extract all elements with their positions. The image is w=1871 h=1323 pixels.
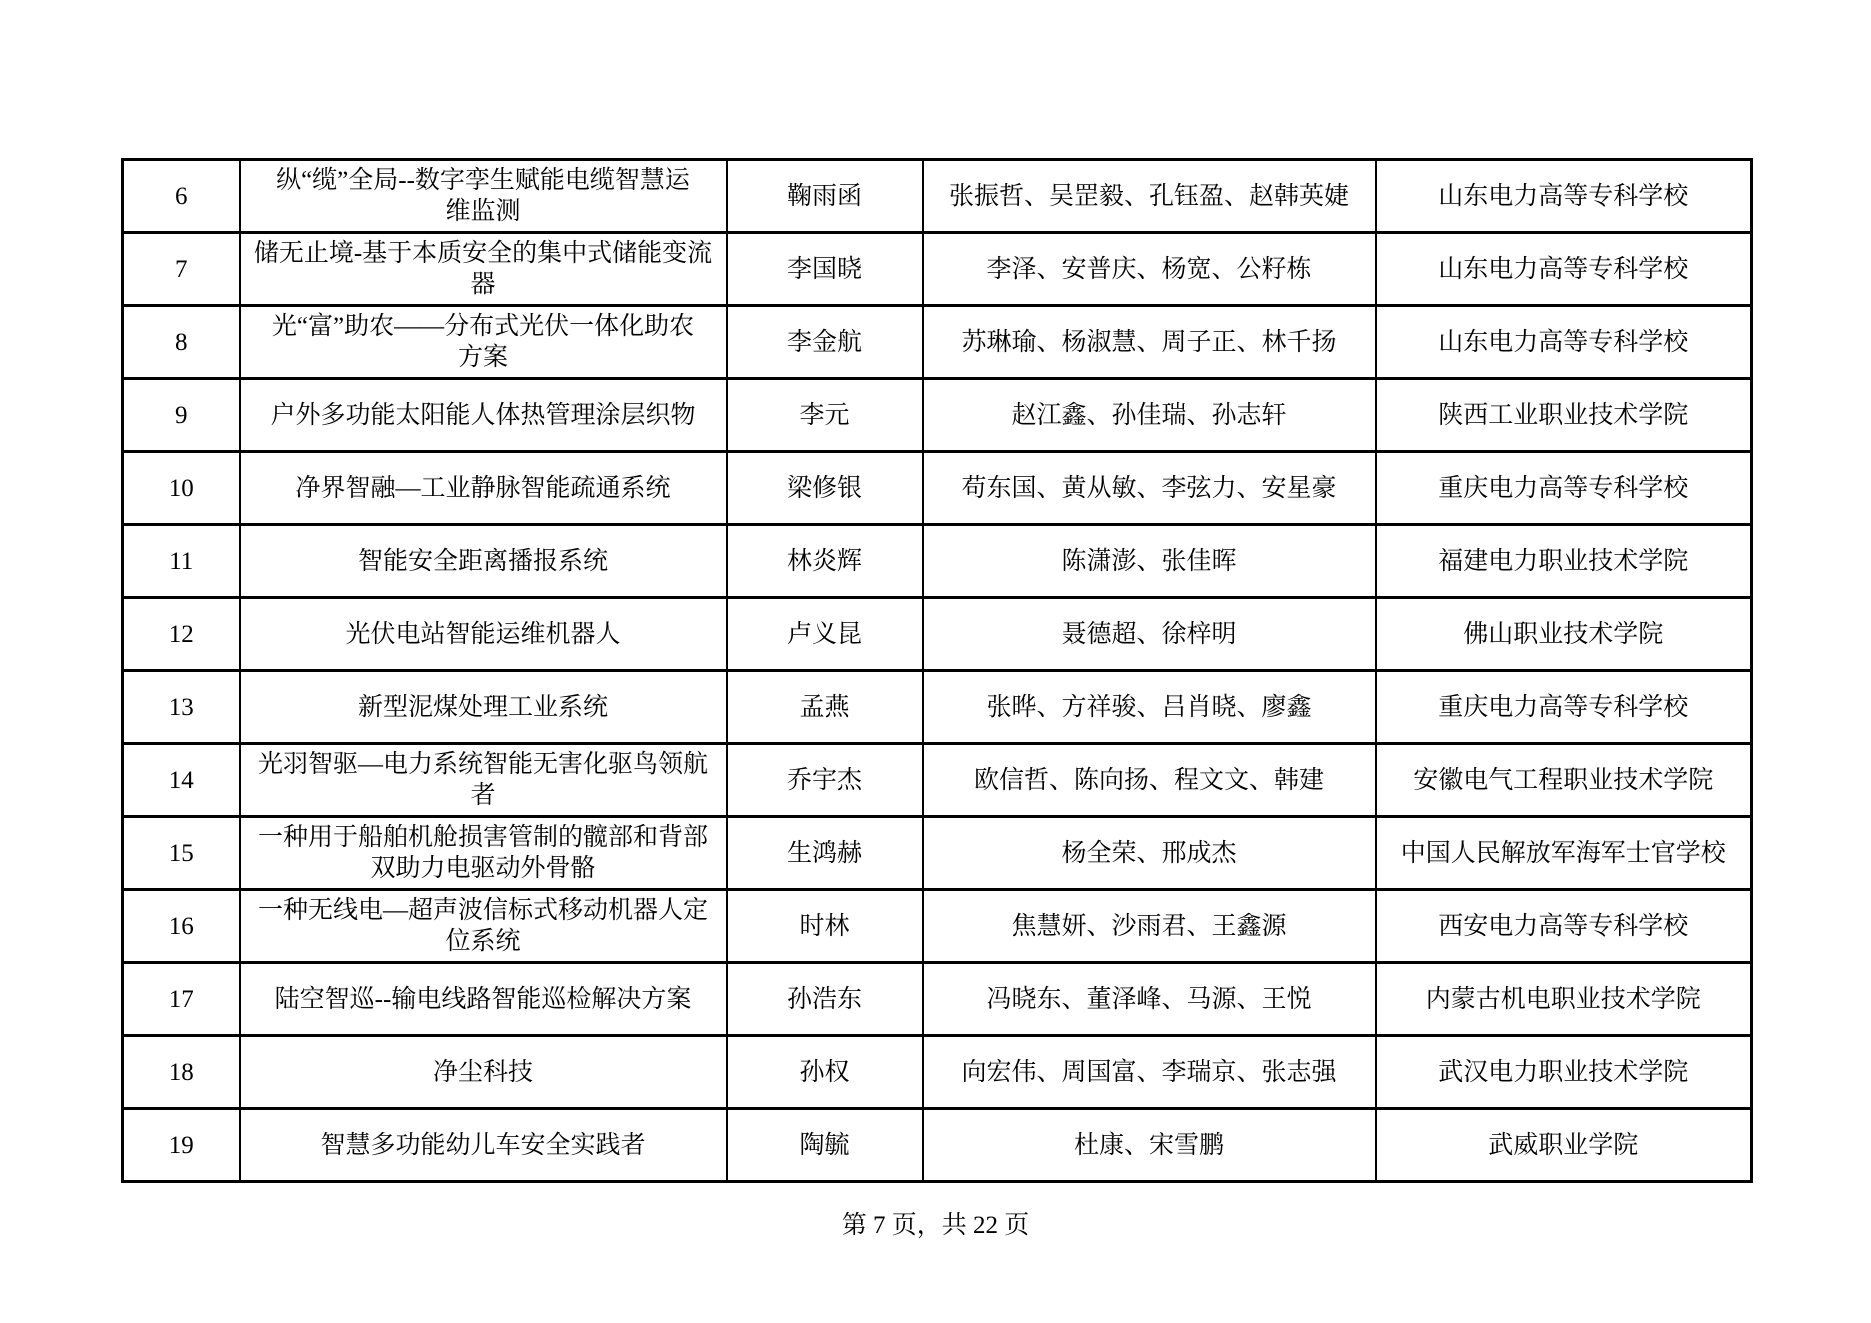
cell-title: 户外多功能太阳能人体热管理涂层织物 (240, 379, 727, 452)
table-row: 16一种无线电—超声波信标式移动机器人定 位系统时林焦慧妍、沙雨君、王鑫源西安电… (123, 890, 1752, 963)
cell-school: 佛山职业技术学院 (1376, 598, 1752, 671)
cell-school: 山东电力高等专科学校 (1376, 233, 1752, 306)
table-row: 14光羽智驱—电力系统智能无害化驱鸟领航 者乔宇杰欧信哲、陈向扬、程文文、韩建安… (123, 744, 1752, 817)
cell-index: 14 (123, 744, 240, 817)
cell-members: 张振哲、吴罡毅、孔钰盈、赵韩英婕 (923, 160, 1376, 233)
cell-title: 新型泥煤处理工业系统 (240, 671, 727, 744)
cell-index: 12 (123, 598, 240, 671)
cell-index: 13 (123, 671, 240, 744)
cell-index: 10 (123, 452, 240, 525)
cell-school: 武汉电力职业技术学院 (1376, 1036, 1752, 1109)
cell-school: 陕西工业职业技术学院 (1376, 379, 1752, 452)
table-row: 15一种用于船舶机舱损害管制的髋部和背部 双助力电驱动外骨骼生鸿赫杨全荣、邢成杰… (123, 817, 1752, 890)
page-number-footer: 第 7 页，共 22 页 (0, 1210, 1871, 1241)
cell-members: 欧信哲、陈向扬、程文文、韩建 (923, 744, 1376, 817)
document-page: 6纵“缆”全局--数字孪生赋能电缆智慧运 维监测鞠雨函张振哲、吴罡毅、孔钰盈、赵… (0, 0, 1871, 1323)
cell-school: 安徽电气工程职业技术学院 (1376, 744, 1752, 817)
cell-leader: 李国晓 (727, 233, 923, 306)
cell-members: 聂德超、徐梓明 (923, 598, 1376, 671)
cell-index: 8 (123, 306, 240, 379)
cell-index: 6 (123, 160, 240, 233)
cell-school: 山东电力高等专科学校 (1376, 160, 1752, 233)
cell-school: 西安电力高等专科学校 (1376, 890, 1752, 963)
cell-members: 苏琳瑜、杨淑慧、周子正、林千扬 (923, 306, 1376, 379)
cell-leader: 生鸿赫 (727, 817, 923, 890)
cell-leader: 林炎辉 (727, 525, 923, 598)
table-row: 9户外多功能太阳能人体热管理涂层织物李元赵江鑫、孙佳瑞、孙志轩陕西工业职业技术学… (123, 379, 1752, 452)
table-row: 18净尘科技孙权向宏伟、周国富、李瑞京、张志强武汉电力职业技术学院 (123, 1036, 1752, 1109)
cell-members: 李泽、安普庆、杨宽、公籽栋 (923, 233, 1376, 306)
cell-title: 光羽智驱—电力系统智能无害化驱鸟领航 者 (240, 744, 727, 817)
cell-leader: 孙权 (727, 1036, 923, 1109)
table-body: 6纵“缆”全局--数字孪生赋能电缆智慧运 维监测鞠雨函张振哲、吴罡毅、孔钰盈、赵… (123, 160, 1752, 1182)
cell-leader: 卢义昆 (727, 598, 923, 671)
cell-index: 17 (123, 963, 240, 1036)
cell-members: 陈潇澎、张佳晖 (923, 525, 1376, 598)
cell-leader: 梁修银 (727, 452, 923, 525)
cell-index: 9 (123, 379, 240, 452)
cell-members: 冯晓东、董泽峰、马源、王悦 (923, 963, 1376, 1036)
cell-title: 智慧多功能幼儿车安全实践者 (240, 1109, 727, 1182)
cell-index: 16 (123, 890, 240, 963)
cell-index: 7 (123, 233, 240, 306)
cell-school: 内蒙古机电职业技术学院 (1376, 963, 1752, 1036)
table-row: 10净界智融—工业静脉智能疏通系统梁修银苟东国、黄从敏、李弦力、安星豪重庆电力高… (123, 452, 1752, 525)
cell-index: 19 (123, 1109, 240, 1182)
cell-index: 15 (123, 817, 240, 890)
cell-members: 赵江鑫、孙佳瑞、孙志轩 (923, 379, 1376, 452)
cell-title: 光“富”助农——分布式光伏一体化助农 方案 (240, 306, 727, 379)
table-row: 12光伏电站智能运维机器人卢义昆聂德超、徐梓明佛山职业技术学院 (123, 598, 1752, 671)
cell-title: 储无止境-基于本质安全的集中式储能变流 器 (240, 233, 727, 306)
table-row: 17陆空智巡--输电线路智能巡检解决方案孙浩东冯晓东、董泽峰、马源、王悦内蒙古机… (123, 963, 1752, 1036)
cell-school: 武威职业学院 (1376, 1109, 1752, 1182)
cell-leader: 孟燕 (727, 671, 923, 744)
table-row: 13新型泥煤处理工业系统孟燕张晔、方祥骏、吕肖晓、廖鑫重庆电力高等专科学校 (123, 671, 1752, 744)
cell-members: 杜康、宋雪鹏 (923, 1109, 1376, 1182)
cell-school: 重庆电力高等专科学校 (1376, 452, 1752, 525)
competition-entries-table: 6纵“缆”全局--数字孪生赋能电缆智慧运 维监测鞠雨函张振哲、吴罡毅、孔钰盈、赵… (121, 158, 1753, 1183)
cell-school: 中国人民解放军海军士官学校 (1376, 817, 1752, 890)
cell-leader: 时林 (727, 890, 923, 963)
cell-school: 福建电力职业技术学院 (1376, 525, 1752, 598)
cell-title: 一种用于船舶机舱损害管制的髋部和背部 双助力电驱动外骨骼 (240, 817, 727, 890)
cell-members: 焦慧妍、沙雨君、王鑫源 (923, 890, 1376, 963)
cell-title: 陆空智巡--输电线路智能巡检解决方案 (240, 963, 727, 1036)
cell-members: 张晔、方祥骏、吕肖晓、廖鑫 (923, 671, 1376, 744)
cell-members: 苟东国、黄从敏、李弦力、安星豪 (923, 452, 1376, 525)
cell-school: 重庆电力高等专科学校 (1376, 671, 1752, 744)
cell-leader: 乔宇杰 (727, 744, 923, 817)
cell-title: 净界智融—工业静脉智能疏通系统 (240, 452, 727, 525)
table-row: 7储无止境-基于本质安全的集中式储能变流 器李国晓李泽、安普庆、杨宽、公籽栋山东… (123, 233, 1752, 306)
cell-title: 智能安全距离播报系统 (240, 525, 727, 598)
cell-index: 11 (123, 525, 240, 598)
cell-leader: 陶毓 (727, 1109, 923, 1182)
cell-title: 一种无线电—超声波信标式移动机器人定 位系统 (240, 890, 727, 963)
cell-school: 山东电力高等专科学校 (1376, 306, 1752, 379)
cell-title: 纵“缆”全局--数字孪生赋能电缆智慧运 维监测 (240, 160, 727, 233)
table-row: 6纵“缆”全局--数字孪生赋能电缆智慧运 维监测鞠雨函张振哲、吴罡毅、孔钰盈、赵… (123, 160, 1752, 233)
cell-leader: 鞠雨函 (727, 160, 923, 233)
cell-title: 净尘科技 (240, 1036, 727, 1109)
cell-members: 杨全荣、邢成杰 (923, 817, 1376, 890)
table-row: 11智能安全距离播报系统林炎辉陈潇澎、张佳晖福建电力职业技术学院 (123, 525, 1752, 598)
table-row: 8光“富”助农——分布式光伏一体化助农 方案李金航苏琳瑜、杨淑慧、周子正、林千扬… (123, 306, 1752, 379)
table-row: 19智慧多功能幼儿车安全实践者陶毓杜康、宋雪鹏武威职业学院 (123, 1109, 1752, 1182)
cell-title: 光伏电站智能运维机器人 (240, 598, 727, 671)
cell-leader: 孙浩东 (727, 963, 923, 1036)
cell-index: 18 (123, 1036, 240, 1109)
cell-members: 向宏伟、周国富、李瑞京、张志强 (923, 1036, 1376, 1109)
cell-leader: 李元 (727, 379, 923, 452)
cell-leader: 李金航 (727, 306, 923, 379)
